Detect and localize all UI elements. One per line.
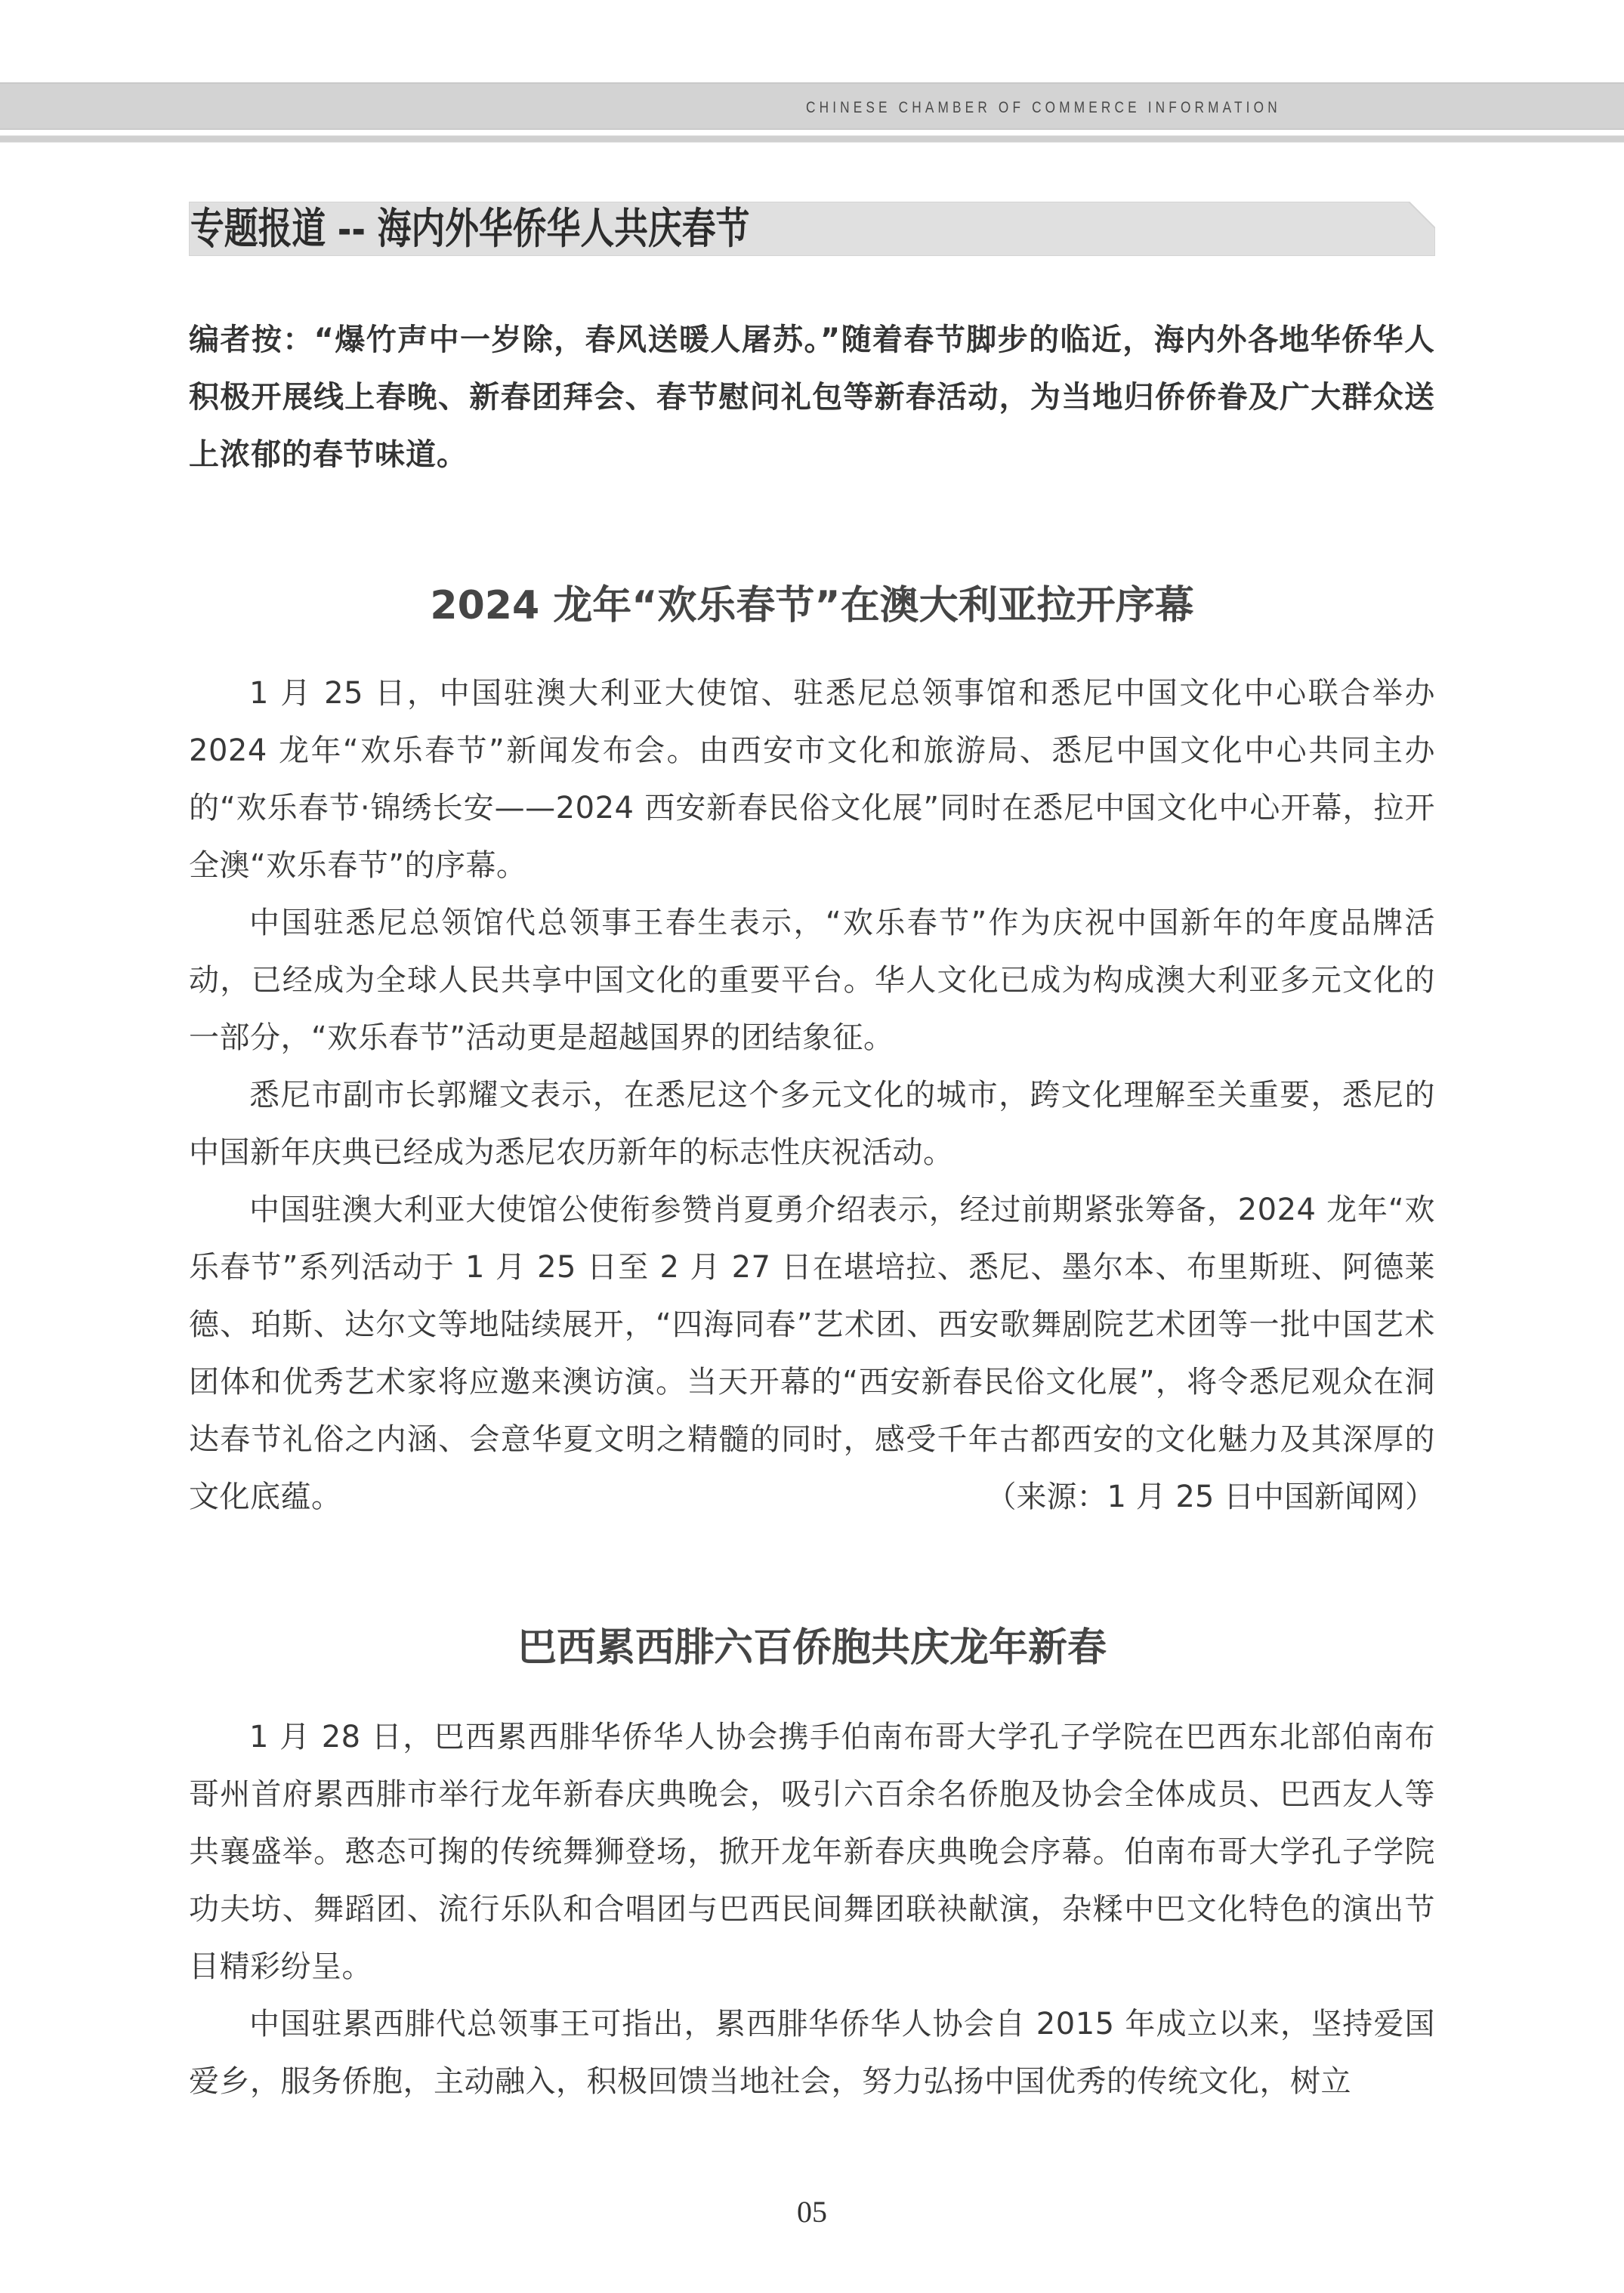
section-title-band: 专题报道 -- 海内外华侨华人共庆春节 <box>189 202 1435 256</box>
paragraph: 悉尼市副市长郭耀文表示，在悉尼这个多元文化的城市，跨文化理解至关重要，悉尼的中国… <box>189 1066 1435 1181</box>
page-number: 05 <box>0 2194 1624 2230</box>
paragraph: 1 月 25 日，中国驻澳大利亚大使馆、驻悉尼总领事馆和悉尼中国文化中心联合举办… <box>189 665 1435 894</box>
running-header-band: CHINESE CHAMBER OF COMMERCE INFORMATION <box>0 82 1624 130</box>
article-body: 1 月 28 日，巴西累西腓华侨华人协会携手伯南布哥大学孔子学院在巴西东北部伯南… <box>189 1708 1435 2110</box>
article-source: （来源：1 月 25 日中国新闻网） <box>189 1468 1435 1526</box>
paragraph: 1 月 28 日，巴西累西腓华侨华人协会携手伯南布哥大学孔子学院在巴西东北部伯南… <box>189 1708 1435 1995</box>
paragraph: 中国驻悉尼总领馆代总领事王春生表示，“欢乐春节”作为庆祝中国新年的年度品牌活动，… <box>189 894 1435 1066</box>
paragraph: 中国驻累西腓代总领事王可指出，累西腓华侨华人协会自 2015 年成立以来，坚持爱… <box>189 1995 1435 2110</box>
publication-name: CHINESE CHAMBER OF COMMERCE INFORMATION <box>806 99 1281 117</box>
article-title: 2024 龙年“欢乐春节”在澳大利亚拉开序幕 <box>189 579 1435 632</box>
article-title: 巴西累西腓六百侨胞共庆龙年新春 <box>189 1622 1435 1674</box>
section-title: 专题报道 -- 海内外华侨华人共庆春节 <box>190 203 749 255</box>
editor-note: 编者按：“爆竹声中一岁除，春风送暖人屠苏。”随着春节脚步的临近，海内外各地华侨华… <box>189 311 1435 483</box>
article-body: 1 月 25 日，中国驻澳大利亚大使馆、驻悉尼总领事馆和悉尼中国文化中心联合举办… <box>189 665 1435 1526</box>
header-divider-stripe <box>0 135 1624 143</box>
